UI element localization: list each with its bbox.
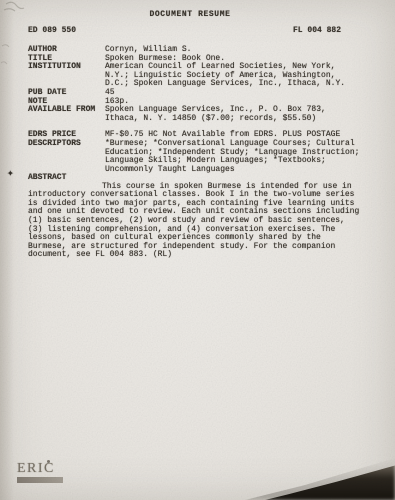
bibliographic-fields: AUTHOR Cornyn, William S. TITLE Spoken B… <box>28 46 387 174</box>
abstract-text: This course in spoken Burmese is intende… <box>28 183 387 260</box>
field-row-available-from: AVAILABLE FROM Spoken Language Services,… <box>28 106 387 123</box>
document-resume-title: DOCUMENT RESUME <box>0 11 380 20</box>
field-value: 45 <box>105 89 387 98</box>
left-edge-smudge <box>0 0 14 500</box>
field-row-descriptors: DESCRIPTORS *Burmese; *Conversational La… <box>28 140 387 174</box>
eric-logo-text: ERIC <box>17 462 65 476</box>
field-row-pub-date: PUB DATE 45 <box>28 89 387 98</box>
field-row-institution: INSTITUTION American Council of Learned … <box>28 63 387 89</box>
field-label: DESCRIPTORS <box>28 140 105 174</box>
field-value: American Council of Learned Societies, N… <box>105 63 387 89</box>
field-value: Spoken Language Services, Inc., P. O. Bo… <box>105 106 387 123</box>
abstract-section: ABSTRACT This course in spoken Burmese i… <box>28 174 387 260</box>
field-label: INSTITUTION <box>28 63 105 89</box>
field-label: AVAILABLE FROM <box>28 106 105 123</box>
ed-number: ED 089 550 <box>28 27 76 36</box>
margin-diamond-mark: ✦ <box>7 169 14 178</box>
eric-logo: ERIC <box>17 462 65 483</box>
id-number-row: ED 089 550 FL 004 882 <box>28 27 341 36</box>
eric-logo-figure-head-icon <box>47 460 50 463</box>
fl-number: FL 004 882 <box>293 27 341 36</box>
eric-logo-bar <box>17 477 63 483</box>
field-value: *Burmese; *Conversational Language Cours… <box>105 140 387 174</box>
scanned-document-page: DOCUMENT RESUME ED 089 550 FL 004 882 AU… <box>0 0 395 500</box>
